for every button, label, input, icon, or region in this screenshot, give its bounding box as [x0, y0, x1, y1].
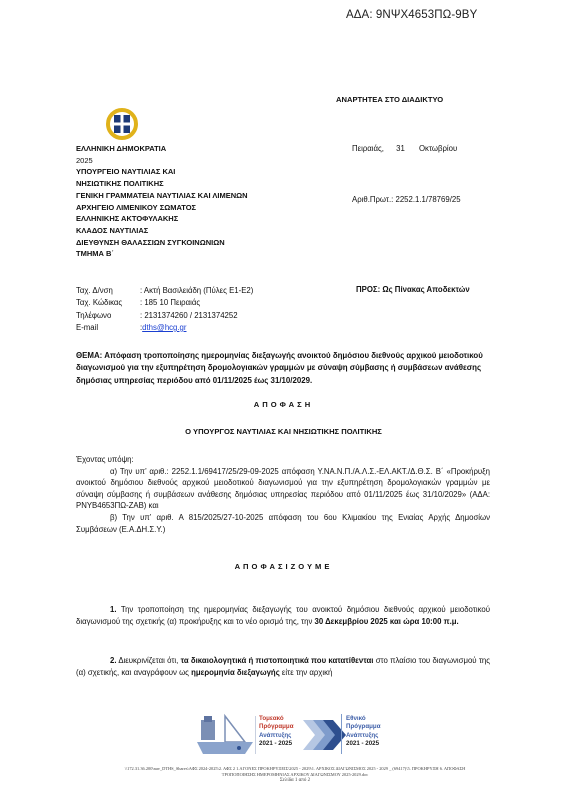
paragraph-bold: 30 Δεκεμβρίου 2025 και ώρα 10:00 π.μ. — [315, 617, 459, 626]
logo-line: Εθνικό — [346, 715, 381, 723]
protocol-number: Αριθ.Πρωτ.: 2252.1.1/78769/25 — [352, 195, 461, 204]
org-line: ΕΛΛΗΝΙΚΗΣ ΑΚΤΟΦΥΛΑΚΗΣ — [76, 213, 248, 225]
decide-title: ΑΠΟΦΑΣΙΖΟΥΜΕ — [0, 562, 567, 571]
contact-label: E-mail — [76, 322, 140, 334]
paragraph-bold: τα δικαιολογητικά ή πιστοποιητικά που κα… — [181, 656, 374, 665]
email-link[interactable]: dths@hcg.gr — [142, 322, 186, 334]
minister-title: Ο ΥΠΟΥΡΓΟΣ ΝΑΥΤΙΛΙΑΣ ΚΑΙ ΝΗΣΙΩΤΙΚΗΣ ΠΟΛΙ… — [0, 427, 567, 436]
org-line: ΕΛΛΗΝΙΚΗ ΔΗΜΟΚΡΑΤΙΑ — [76, 143, 248, 155]
organization-header: ΕΛΛΗΝΙΚΗ ΔΗΜΟΚΡΑΤΙΑ 2025 ΥΠΟΥΡΓΕΙΟ ΝΑΥΤΙ… — [76, 143, 248, 260]
contact-label: Ταχ. Δ/νση — [76, 285, 140, 297]
post-notice: ΑΝΑΡΤΗΤΕΑ ΣΤΟ ΔΙΑΔΙΚΤΥΟ — [336, 95, 443, 104]
logo-line: 2021 - 2025 — [259, 740, 294, 748]
logo-line: Τομεακό — [259, 715, 294, 723]
subject: ΘΕΜΑ: Απόφαση τροποποίησης ημερομηνίας δ… — [76, 350, 491, 387]
org-line: ΑΡΧΗΓΕΙΟ ΛΙΜΕΝΙΚΟΥ ΣΩΜΑΤΟΣ — [76, 202, 248, 214]
recipient: ΠΡΟΣ: Ως Πίνακας Αποδεκτών — [356, 285, 470, 294]
contact-value: : 185 10 Πειραιάς — [140, 297, 200, 309]
greek-coat-of-arms-icon — [105, 108, 139, 142]
divider — [341, 714, 342, 754]
decision-title: ΑΠΟΦΑΣΗ — [0, 400, 567, 409]
considering-intro: Έχοντας υπόψη: — [76, 454, 490, 466]
org-line: ΤΜΗΜΑ Β΄ — [76, 248, 248, 260]
place: Πειραιάς, — [352, 144, 384, 153]
logo-line: Πρόγραμμα — [259, 723, 294, 731]
logo-line: Ανάπτυξης — [346, 732, 381, 740]
paragraph-bold: ημερομηνία διεξαγωγής — [191, 668, 280, 677]
paragraph-text: Διευκρινίζεται ότι, — [117, 656, 181, 665]
org-line: ΓΕΝΙΚΗ ΓΡΑΜΜΑΤΕΙΑ ΝΑΥΤΙΛΙΑΣ ΚΑΙ ΛΙΜΕΝΩΝ — [76, 190, 248, 202]
date-month: Οκτωβρίου — [419, 144, 457, 153]
paragraph-2: 2. Διευκρινίζεται ότι, τα δικαιολογητικά… — [76, 655, 490, 678]
page-number: Σελίδα 1 από 2 — [80, 778, 510, 784]
org-line: ΔΙΕΥΘΥΝΣΗ ΘΑΛΑΣΣΙΩΝ ΣΥΓΚΟΙΝΩΝΙΩΝ — [76, 237, 248, 249]
org-line: ΝΗΣΙΩΤΙΚΗΣ ΠΟΛΙΤΙΚΗΣ — [76, 178, 248, 190]
date-day: 31 — [396, 144, 405, 153]
org-line: ΥΠΟΥΡΓΕΙΟ ΝΑΥΤΙΛΙΑΣ ΚΑΙ — [76, 166, 248, 178]
ada-code: ΑΔΑ: 9ΝΨΧ4653ΠΩ-9ΒΥ — [346, 9, 477, 21]
considering-item: β) Την υπ’ αριθ. Α 815/2025/27-10-2025 α… — [76, 512, 490, 535]
considering-item: α) Την υπ’ αριθ.: 2252.1.1/69417/25/29-0… — [76, 466, 490, 512]
date-line: Πειραιάς, 31 Οκτωβρίου — [352, 144, 457, 153]
contact-label: Τηλέφωνο — [76, 310, 140, 322]
org-year: 2025 — [76, 155, 248, 167]
national-program-text: Εθνικό Πρόγραμμα Ανάπτυξης 2021 - 2025 — [346, 715, 381, 749]
document-footer: \\172.31.36.200\nav_DTHS_Shares\ΑΦΣ 2024… — [80, 766, 510, 784]
org-line: ΚΛΑΔΟΣ ΝΑΥΤΙΛΙΑΣ — [76, 225, 248, 237]
ship-icon — [195, 712, 255, 756]
divider — [255, 716, 256, 754]
paragraph-text: είτε την αρχική — [280, 668, 333, 677]
contact-value: : 2131374260 / 2131374252 — [140, 310, 238, 322]
contact-block: Ταχ. Δ/νση: Ακτή Βασιλειάδη (Πύλες Ε1-Ε2… — [76, 285, 253, 334]
contact-label: Ταχ. Κώδικας — [76, 297, 140, 309]
contact-value: : Ακτή Βασιλειάδη (Πύλες Ε1-Ε2) — [140, 285, 253, 297]
development-program-logo: Τομεακό Πρόγραμμα Ανάπτυξης 2021 - 2025 … — [195, 710, 395, 760]
logo-line: Ανάπτυξης — [259, 732, 294, 740]
logo-line: Πρόγραμμα — [346, 723, 381, 731]
considering-section: Έχοντας υπόψη: α) Την υπ’ αριθ.: 2252.1.… — [76, 454, 490, 535]
sector-program-text: Τομεακό Πρόγραμμα Ανάπτυξης 2021 - 2025 — [259, 715, 294, 749]
logo-line: 2021 - 2025 — [346, 740, 381, 748]
paragraph-1: 1. Την τροποποίηση της ημερομηνίας διεξα… — [76, 604, 490, 627]
